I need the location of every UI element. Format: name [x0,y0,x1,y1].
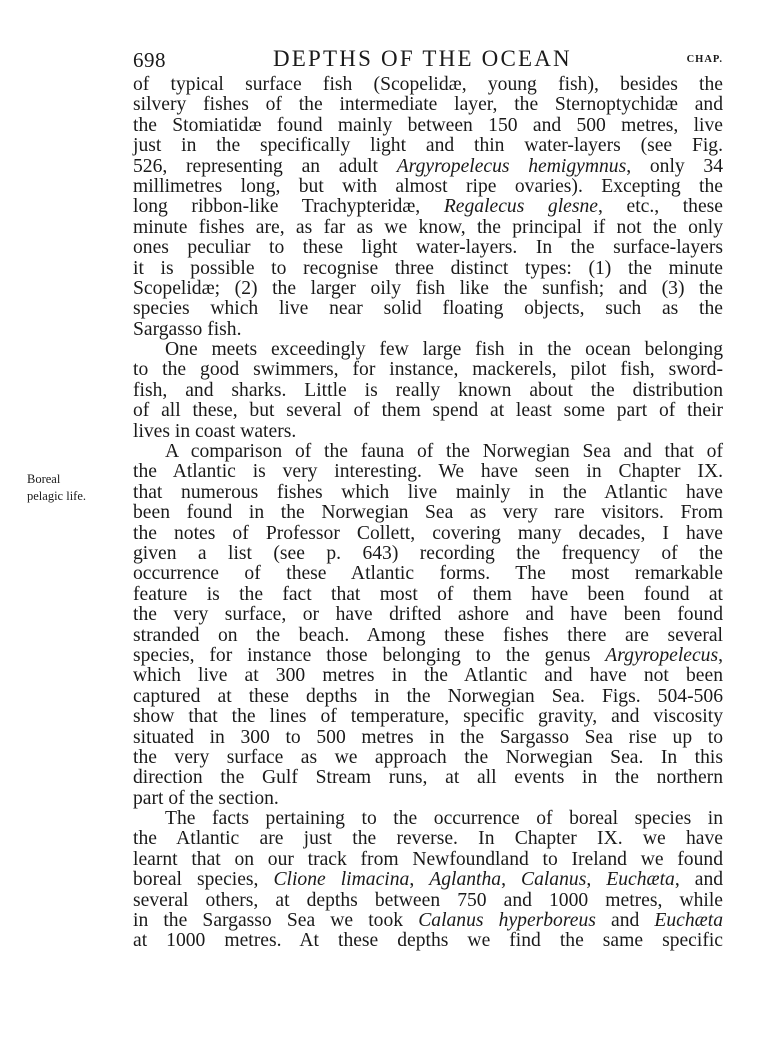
text-run: silvery fishes of the intermediate layer… [133,94,723,115]
text-line: boreal species, Clione limacina, Aglanth… [133,870,723,890]
text-line: the notes of Professor Collett, covering… [133,524,723,544]
text-line: millimetres long, but with almost ripe o… [133,177,723,197]
text-run: 526, representing an adult [133,156,397,177]
text-run: ones peculiar to these light water-layer… [133,237,723,258]
text-line: ones peculiar to these light water-layer… [133,238,723,258]
text-run: it is possible to recognise three distin… [133,258,723,279]
text-line: long ribbon-like Trachypteridæ, Regalecu… [133,197,723,217]
text-run: long ribbon-like Trachypteridæ, [133,196,444,217]
text-run: direction the Gulf Stream runs, at all e… [133,767,723,788]
text-line: silvery fishes of the intermediate layer… [133,95,723,115]
text-run: learnt that on our track from Newfoundla… [133,849,723,870]
text-run: several others, at depths between 750 an… [133,890,723,911]
text-run: situated in 300 to 500 metres in the Sar… [133,727,723,748]
text-line: minute fishes are, as far as we know, th… [133,218,723,238]
text-line: to the good swimmers, for instance, mack… [133,360,723,380]
text-run: species which live near solid floating o… [133,298,723,319]
text-line: fish, and sharks. Little is really known… [133,381,723,401]
page-header: 698 DEPTHS OF THE OCEAN CHAP. [133,44,723,74]
text-line: the Stomiatidæ found mainly between 150 … [133,116,723,136]
text-run: lives in coast waters. [133,421,296,442]
text-run: to the good swimmers, for instance, mack… [133,359,723,380]
text-run: and [596,910,655,931]
text-run: millimetres long, but with almost ripe o… [133,176,723,197]
text-run: feature is the fact that most of them ha… [133,584,723,605]
text-run: of typical surface fish (Scopelidæ, youn… [133,74,723,95]
text-run: boreal species, [133,869,273,890]
running-title: DEPTHS OF THE OCEAN [273,46,572,72]
text-line: the Atlantic are just the reverse. In Ch… [133,829,723,849]
chapter-label: CHAP. [687,54,723,65]
text-line: feature is the fact that most of them ha… [133,585,723,605]
text-run: been found in the Norwegian Sea as very … [133,502,723,523]
italic-term: Argyropelecus hemigymnus [397,156,627,177]
text-line: species which live near solid floating o… [133,299,723,319]
text-line: the very surface, or have drifted ashore… [133,605,723,625]
text-run: which live at 300 metres in the Atlantic… [133,665,723,686]
text-line: occurrence of these Atlantic forms. The … [133,564,723,584]
text-line: been found in the Norwegian Sea as very … [133,503,723,523]
text-run: the very surface, or have drifted ashore… [133,604,723,625]
text-line: the Atlantic is very interesting. We hav… [133,462,723,482]
text-line: part of the section. [133,789,723,809]
text-run: stranded on the beach. Among these fishe… [133,625,723,646]
text-run: , [718,645,723,666]
text-run: show that the lines of temperature, spec… [133,706,723,727]
margin-note: Boreal pelagic life. [27,471,86,505]
text-line: that numerous fishes which live mainly i… [133,483,723,503]
text-line: show that the lines of temperature, spec… [133,707,723,727]
text-line: of typical surface fish (Scopelidæ, youn… [133,75,723,95]
italic-term: Argyropelecus [605,645,718,666]
italic-term: Euchæta [654,910,723,931]
italic-term: Calanus [521,869,586,890]
body-text: of typical surface fish (Scopelidæ, youn… [133,75,723,952]
text-line: of all these, but several of them spend … [133,401,723,421]
text-run: the Atlantic are just the reverse. In Ch… [133,828,723,849]
text-line: learnt that on our track from Newfoundla… [133,850,723,870]
text-run: , only 34 [626,156,723,177]
text-line: species, for instance those belonging to… [133,646,723,666]
text-run: the Stomiatidæ found mainly between 150 … [133,115,723,136]
text-run: the notes of Professor Collett, covering… [133,523,723,544]
text-line: it is possible to recognise three distin… [133,259,723,279]
text-run: , and [675,869,723,890]
text-line: stranded on the beach. Among these fishe… [133,626,723,646]
text-run: A comparison of the fauna of the Norwegi… [165,441,723,462]
italic-term: Clione limacina [273,869,409,890]
margin-note-line: Boreal [27,471,86,488]
text-run: fish, and sharks. Little is really known… [133,380,723,401]
text-line: direction the Gulf Stream runs, at all e… [133,768,723,788]
text-run: , [586,869,606,890]
text-line: Scopelidæ; (2) the larger oily fish like… [133,279,723,299]
text-run: One meets exceedingly few large fish in … [165,339,723,360]
text-run: captured at these depths in the Norwegia… [133,686,723,707]
text-run: , etc., these [598,196,723,217]
text-run: , [409,869,429,890]
text-run: Scopelidæ; (2) the larger oily fish like… [133,278,723,299]
text-run: Sargasso fish. [133,319,242,340]
italic-term: Aglantha [429,869,501,890]
italic-term: Euchæta [606,869,675,890]
text-line: 526, representing an adult Argyropelecus… [133,157,723,177]
text-run: of all these, but several of them spend … [133,400,723,421]
text-line: lives in coast waters. [133,422,723,442]
italic-term: Regalecus glesne [444,196,598,217]
text-line: several others, at depths between 750 an… [133,891,723,911]
text-line: which live at 300 metres in the Atlantic… [133,666,723,686]
text-line: just in the specifically light and thin … [133,136,723,156]
text-line: at 1000 metres. At these depths we find … [133,931,723,951]
text-run: that numerous fishes which live mainly i… [133,482,723,503]
text-line: The facts pertaining to the occurrence o… [133,809,723,829]
page-number: 698 [133,48,166,73]
text-run: species, for instance those belonging to… [133,645,605,666]
text-line: given a list (see p. 643) recording the … [133,544,723,564]
text-line: situated in 300 to 500 metres in the Sar… [133,728,723,748]
text-line: the very surface as we approach the Norw… [133,748,723,768]
text-run: , [501,869,521,890]
text-run: at 1000 metres. At these depths we find … [133,930,723,951]
text-run: The facts pertaining to the occurrence o… [165,808,723,829]
text-run: just in the specifically light and thin … [133,135,723,156]
text-line: One meets exceedingly few large fish in … [133,340,723,360]
text-line: A comparison of the fauna of the Norwegi… [133,442,723,462]
text-run: part of the section. [133,788,279,809]
text-run: the Atlantic is very interesting. We hav… [133,461,723,482]
text-line: Sargasso fish. [133,320,723,340]
text-run: in the Sargasso Sea we took [133,910,418,931]
text-run: the very surface as we approach the Norw… [133,747,723,768]
text-line: in the Sargasso Sea we took Calanus hype… [133,911,723,931]
text-line: captured at these depths in the Norwegia… [133,687,723,707]
italic-term: Calanus hyperboreus [418,910,596,931]
text-run: minute fishes are, as far as we know, th… [133,217,723,238]
margin-note-line: pelagic life. [27,488,86,505]
text-run: occurrence of these Atlantic forms. The … [133,563,723,584]
text-run: given a list (see p. 643) recording the … [133,543,723,564]
